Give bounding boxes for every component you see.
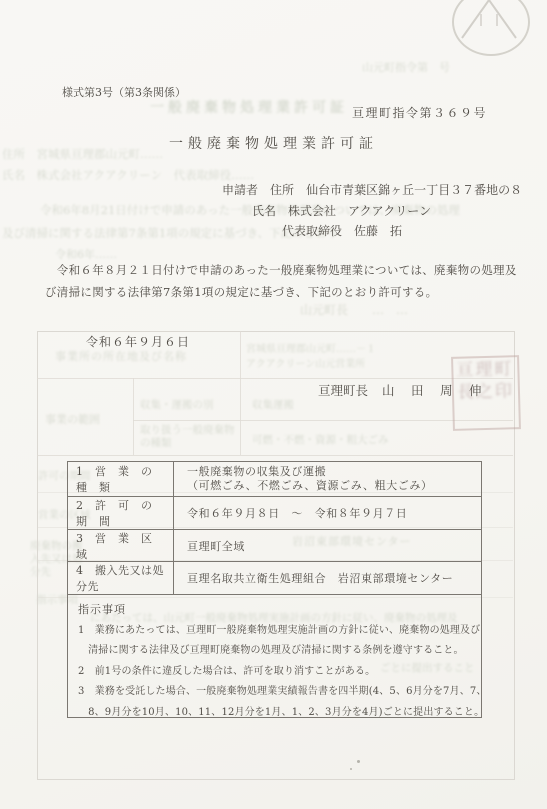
row-label: 営 業 区 域 <box>76 532 164 561</box>
bleedthrough-text: 一般廃棄物処理業許可証 <box>150 97 348 117</box>
table-row-value: 令和６年９月８日 ～ 令和８年９月７日 <box>174 497 481 530</box>
table-row-label: 4 搬入先又は処分先 <box>68 562 174 595</box>
name-label: 氏名 <box>252 204 276 218</box>
directive-number: 亘理町指令第３６９号 <box>352 104 487 121</box>
instructions-section: 指示事項 1 業務にあたっては、亘理町一般廃棄物処理実施計画の方針に従い、廃棄物… <box>68 595 481 723</box>
permit-table: 1 営 業 の 種 類 一般廃棄物の収集及び運搬 （可燃ごみ、不燃ごみ、資源ごみ… <box>67 461 482 718</box>
business-area: 亘理町全域 <box>187 538 481 554</box>
scan-speck <box>350 768 352 770</box>
bleedthrough-text: 令和6年…… <box>55 246 117 262</box>
table-row-label: 3 営 業 区 域 <box>68 530 174 562</box>
seal-text: 亘理町長之印 <box>456 358 515 404</box>
bleedthrough-text: 取り扱う一般廃棄物の種類 <box>140 424 236 450</box>
form-reference: 様式第3号（第3条関係） <box>62 84 186 100</box>
faint-rule <box>37 455 513 456</box>
applicant-name-line: 氏名 株式会社 アクアクリーン <box>252 202 431 219</box>
table-row-value: 亘理名取共立衛生処理組合 岩沼東部環境センター <box>174 562 481 595</box>
instruction-line: 3 業務を受託した場合、一般廃棄物処理業実績報告書を四半期(4、5、6月分を7月… <box>78 682 477 703</box>
bleedthrough-text: 宮城県亘理郡山元町……－１ <box>246 340 376 355</box>
applicant-address: 仙台市青葉区錦ヶ丘一丁目３７番地の８ <box>306 183 522 197</box>
official-seal-stamp: 亘理町長之印 <box>451 355 521 431</box>
disposal-destination: 亘理名取共立衛生処理組合 岩沼東部環境センター <box>187 570 481 586</box>
applicant-company: 株式会社 アクアクリーン <box>288 204 431 218</box>
bleedthrough-text: 事業所の所在地及び名称 <box>55 348 187 364</box>
faint-rule <box>240 331 241 455</box>
row-number: 2 <box>76 499 84 512</box>
applicant-address-line: 申請者 住所 仙台市青葉区錦ヶ丘一丁目３７番地の８ <box>222 181 522 198</box>
issuer-title: 亘理町長 <box>318 383 368 398</box>
business-type-line1: 一般廃棄物の収集及び運搬 <box>187 465 481 480</box>
address-label: 住所 <box>270 183 294 197</box>
instruction-line: 2 前1号の条件に違反した場合は、許可を取り消すことがある。 <box>78 662 477 683</box>
row-label: 許 可 の 期 間 <box>76 499 164 528</box>
instruction-line: 1 業務にあたっては、亘理町一般廃棄物処理実施計画の方針に従い、廃棄物の処理及び <box>78 621 477 642</box>
bleedthrough-text: 収集運搬 <box>252 397 294 412</box>
bleedthrough-text: 事業の範囲 <box>45 411 100 427</box>
scan-speck <box>357 760 360 763</box>
faint-rule <box>37 378 513 379</box>
permit-period: 令和６年９月８日 ～ 令和８年９月７日 <box>187 505 481 521</box>
bleedthrough-text: 山元町指令第 号 <box>362 59 450 75</box>
bleedthrough-text: 山元町長 … … <box>300 301 408 318</box>
faint-rule <box>133 378 134 455</box>
bleedthrough-text: 可燃・不燃・資源・粗大ごみ <box>252 432 389 447</box>
table-row-label: 1 営 業 の 種 類 <box>68 462 174 497</box>
embossed-round-stamp-icon <box>452 0 530 56</box>
applicant-representative: 代表取締役 佐藤 拓 <box>282 222 402 239</box>
row-label: 搬入先又は処分先 <box>76 564 164 593</box>
issue-date: 令和６年９月６日 <box>86 333 190 350</box>
instruction-line: 清掃に関する法律及び亘理町廃棄物の処理及び清掃に関する条例を遵守すること。 <box>78 641 477 662</box>
row-number: 4 <box>76 564 84 577</box>
instruction-line: 8、9月分を10月、10、11、12月分を1月、1、2、3月分を4月)ごとに提出… <box>78 703 477 724</box>
document-title: 一般廃棄物処理業許可証 <box>0 133 547 153</box>
table-row-label: 2 許 可 の 期 間 <box>68 497 174 530</box>
row-number: 3 <box>76 532 84 545</box>
table-row-value: 一般廃棄物の収集及び運搬 （可燃ごみ、不燃ごみ、資源ごみ、粗大ごみ） <box>174 462 481 497</box>
body-text-line2: び清掃に関する法律第7条第1項の規定に基づき、下記のとおり許可する。 <box>45 284 437 300</box>
applicant-label: 申請者 <box>222 183 258 197</box>
row-number: 1 <box>76 465 84 478</box>
row-label: 営 業 の 種 類 <box>76 465 164 494</box>
table-row-value: 亘理町全域 <box>174 530 481 562</box>
body-text-line1: 令和６年８月２１日付けで申請のあった一般廃棄物処理業については、廃棄物の処理及 <box>45 262 517 278</box>
business-type-line2: （可燃ごみ、不燃ごみ、資源ごみ、粗大ごみ） <box>187 479 481 494</box>
instructions-heading: 指示事項 <box>78 600 477 621</box>
bleedthrough-text: アクアクリーン山元営業所 <box>246 355 365 370</box>
scanned-permit-document: 山元町指令第 号 一般廃棄物処理業許可証 住所 宮城県亘理郡山元町…… 氏名 株… <box>0 0 547 809</box>
bleedthrough-text: 氏名 株式会社アクアクリーン 代表取締役…… <box>2 167 254 183</box>
bleedthrough-text: 収集・運搬の別 <box>140 397 214 412</box>
